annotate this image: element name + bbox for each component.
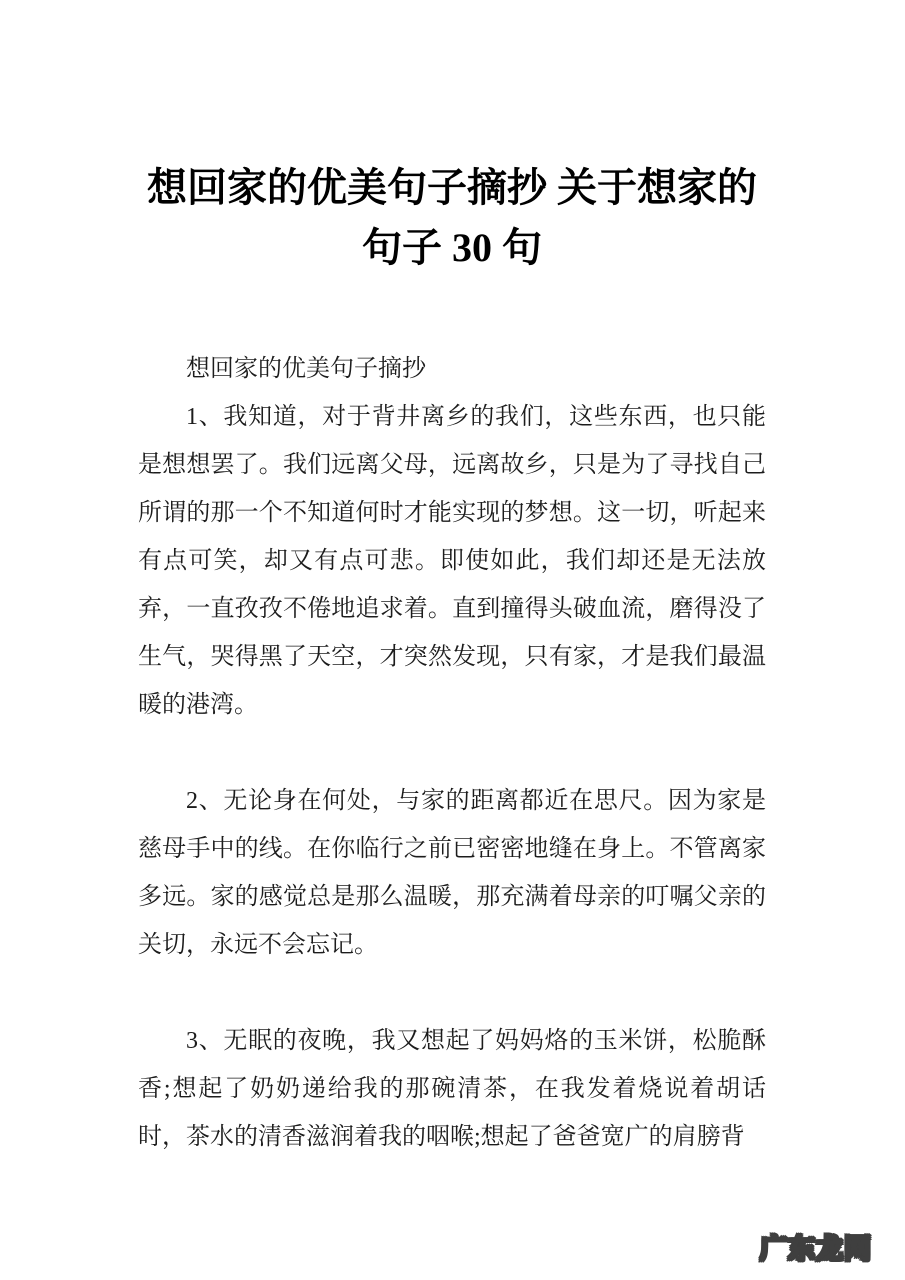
paragraph-3: 3、无眠的夜晚，我又想起了妈妈烙的玉米饼，松脆酥香;想起了奶奶递给我的那碗清茶，… <box>138 1017 766 1161</box>
section-heading: 想回家的优美句子摘抄 <box>138 345 766 393</box>
site-watermark: 广东龙网 <box>760 1227 872 1266</box>
paragraph-2: 2、无论身在何处，与家的距离都近在思尺。因为家是慈母手中的线。在你临行之前已密密… <box>138 777 766 969</box>
document-title: 想回家的优美句子摘抄 关于想家的句子 30 句 <box>138 158 766 278</box>
document-page: 想回家的优美句子摘抄 关于想家的句子 30 句 想回家的优美句子摘抄 1、我知道… <box>0 0 905 1280</box>
document-content: 想回家的优美句子摘抄 关于想家的句子 30 句 想回家的优美句子摘抄 1、我知道… <box>0 0 905 1161</box>
paragraph-1: 1、我知道，对于背井离乡的我们，这些东西，也只能是想想罢了。我们远离父母，远离故… <box>138 393 766 729</box>
